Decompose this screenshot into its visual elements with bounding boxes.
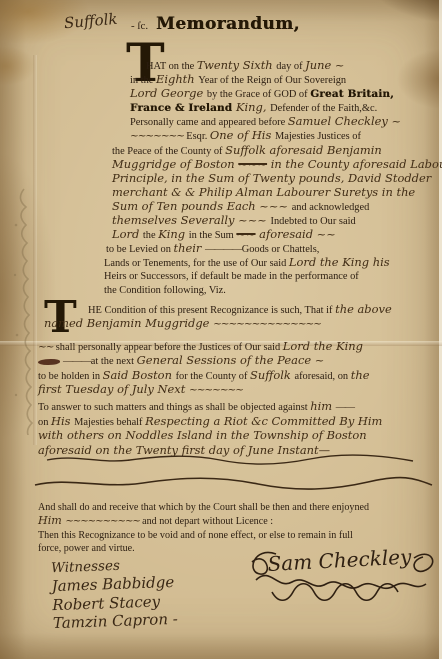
text-segment: Lord George (130, 86, 207, 100)
text-segment: the (351, 368, 370, 382)
text-segment: by the Grace of GOD of (207, 89, 310, 100)
doc-line: ~~~~~~~ Esqr. One of His Majesties Justi… (130, 129, 440, 143)
text-segment: Sum of Ten pounds Each ~~~ (112, 199, 292, 213)
text-segment: Principle, in the Sum of Twenty pounds, … (112, 171, 431, 185)
doc-line: with others on Noddles Island in the Tow… (38, 429, 438, 443)
doc-line: on His Majesties behalf Respecting a Rio… (38, 415, 438, 429)
memorandum-title: Memorandum, (156, 14, 300, 34)
text-segment: first Tuesday of July Next (38, 382, 189, 396)
text-segment: General Sessions of the Peace ~ (137, 353, 325, 367)
text-segment: Majesties Justices of (275, 131, 361, 142)
text-segment: their (174, 241, 206, 255)
text-segment: ~~~~~~~~~~ (65, 516, 142, 527)
text-segment: One of His (210, 128, 275, 142)
doc-line: Then this Recognizance to be void and of… (38, 529, 440, 542)
doc-line: And shall do and receive that which by t… (38, 501, 440, 514)
text-segment: to be holden in (38, 371, 103, 382)
text-segment: Muggridge of Boston (112, 157, 238, 171)
doc-line: ——— at the next General Sessions of the … (38, 354, 438, 368)
text-segment: June ~ (305, 58, 344, 72)
text-segment: Respecting a Riot &c Committed By Him (145, 414, 382, 428)
text-segment: in the County aforesaid Labourer (267, 157, 442, 171)
doc-line: first Tuesday of July Next ~~~~~~~ (38, 383, 438, 397)
text-segment: the above (335, 302, 392, 316)
text-segment: Lord the King (283, 339, 363, 353)
text-segment: King (158, 227, 189, 241)
doc-line: Heirs or Successors, if default be made … (104, 270, 440, 283)
doc-line: Personally came and appeared before Samu… (130, 115, 440, 129)
condition-paragraph: HE Condition of this present Recognizanc… (38, 303, 438, 458)
doc-line: named Benjamin Muggridge ~~~~~~~~~~~~~~ (44, 317, 438, 331)
text-segment: ———— (205, 244, 242, 255)
text-segment: and acknowledged (292, 202, 370, 213)
text-segment: His (51, 414, 74, 428)
text-segment: Lands or Tenements, for the use of Our s… (104, 258, 289, 269)
doc-line: in the Eighth Year of the Reign of Our S… (130, 73, 440, 87)
doc-line: France & Ireland King, Defender of the F… (130, 101, 440, 115)
text-segment: France & Ireland (130, 102, 236, 114)
text-segment: Lord (112, 227, 143, 241)
doc-line: Muggridge of Boston ~~~ in the County af… (112, 158, 440, 172)
text-segment: Suffolk aforesaid Benjamin (225, 143, 382, 157)
text-segment: day of (276, 61, 305, 72)
text-segment: him (310, 399, 336, 413)
text-segment: Year of the Reign of Our Sovereign (198, 75, 346, 86)
doc-line: merchant & & Philip Alman Labourer Suret… (112, 186, 440, 200)
faint-marginalia (6, 185, 40, 435)
text-segment: Then this Recognizance to be void and of… (38, 530, 353, 541)
text-segment: Heirs or Successors, if default be made … (104, 271, 359, 282)
scilicet-abbrev: - ſc. (131, 20, 148, 32)
text-segment: named Benjamin Muggridge (44, 316, 213, 330)
doc-line: ~~ shall personally appear before the Ju… (38, 340, 438, 354)
text-segment: Twenty Sixth (197, 58, 276, 72)
text-segment: HE Condition of this present Recognizanc… (88, 305, 335, 316)
text-segment: and not depart without Licence : (142, 516, 273, 527)
text-segment: ~~~~~~~ (189, 384, 243, 396)
text-segment: on (38, 417, 51, 428)
doc-line: Sum of Ten pounds Each ~~~ and acknowled… (112, 200, 440, 214)
text-segment: Personally came and appeared before (130, 117, 288, 128)
text-segment: And shall do and receive that which by t… (38, 502, 369, 513)
text-segment: for the County of (176, 371, 250, 382)
text-segment: Defender of the Faith,&c. (270, 103, 377, 114)
text-segment: the Peace of the County of (112, 146, 225, 157)
ink-blot (38, 359, 60, 365)
signature-sam-checkley: Sam Checkley (246, 542, 442, 608)
text-segment: the Condition following, Viz. (104, 285, 226, 296)
text-segment: themselves Severally ~~~ (112, 213, 271, 227)
text-segment: aforesaid ~~ (256, 227, 336, 241)
doc-line: the Peace of the County of Suffolk afore… (112, 144, 440, 158)
doc-line: HAT on the Twenty Sixth day of June ~ (146, 59, 440, 73)
text-segment: ~~ (38, 341, 56, 353)
text-segment: HAT on the (146, 61, 197, 72)
wavy-ink-rule-2 (33, 474, 435, 492)
text-segment: in the Sum (189, 230, 237, 241)
text-segment: Said Boston (103, 368, 176, 382)
text-segment: at the next (91, 356, 137, 367)
text-segment: ~~~~~~~ (130, 130, 186, 142)
document-page: Suffolk - ſc. Memorandum, T HAT on the T… (0, 0, 442, 659)
doc-line: Principle, in the Sum of Twenty pounds, … (112, 172, 440, 186)
text-segment: ~~~~~~~~~~~~~~ (213, 318, 321, 330)
doc-line: Lord the King in the Sum ~~ aforesaid ~~ (112, 228, 440, 242)
text-segment: King, (236, 100, 270, 114)
text-segment: To answer to such matters and things as … (38, 402, 310, 413)
text-segment: Great Britain, (310, 88, 394, 100)
text-segment: Esqr. (186, 131, 210, 142)
county-handwritten: Suffolk (63, 10, 118, 33)
text-segment: Him (38, 514, 65, 527)
text-segment: Majesties behalf (74, 417, 145, 428)
text-segment: shall personally appear before the Justi… (56, 342, 283, 353)
text-segment: to be Levied on (106, 244, 174, 255)
witness-name-3: Tamzin Capron - (53, 610, 178, 633)
text-segment: aforesaid, on (294, 371, 350, 382)
text-segment: the (143, 230, 158, 241)
wavy-ink-rule-1 (45, 452, 417, 466)
doc-line: Lands or Tenements, for the use of Our s… (104, 256, 440, 270)
signature-name: Sam Checkley (267, 544, 413, 576)
doc-line: to be holden in Said Boston for the Coun… (38, 369, 438, 383)
text-segment: merchant & & Philip Alman Labourer Suret… (112, 185, 415, 199)
document-header: Suffolk - ſc. Memorandum, (0, 0, 442, 42)
doc-line: To answer to such matters and things as … (38, 400, 438, 414)
text-segment: Lord the King his (289, 255, 390, 269)
text-segment: ~~~ (238, 157, 267, 171)
text-segment: force, power and virtue. (38, 543, 135, 554)
doc-line: themselves Severally ~~~ Indebted to Our… (112, 214, 440, 228)
text-segment: Indebted to Our said (271, 216, 356, 227)
recognizance-paragraph: HAT on the Twenty Sixth day of June ~in … (104, 59, 440, 297)
witness-block: Witnesses James Babbidge Robert Stacey T… (51, 556, 178, 633)
text-segment: Samuel Checkley ~ (288, 114, 401, 128)
text-segment: in the (130, 75, 156, 86)
text-segment: Goods or Chattels, (242, 244, 320, 255)
doc-line: Lord George by the Grace of GOD of Great… (130, 87, 440, 101)
text-segment: Suffolk (250, 368, 294, 382)
doc-line: HE Condition of this present Recognizanc… (88, 303, 438, 317)
doc-line: Him ~~~~~~~~~~ and not depart without Li… (38, 514, 440, 528)
text-segment: with others on Noddles Island in the Tow… (38, 428, 367, 442)
text-segment: ~~ (236, 227, 255, 241)
text-segment: —— (336, 402, 354, 413)
doc-line: the Condition following, Viz. (104, 284, 440, 297)
text-segment: ——— (63, 356, 91, 367)
doc-line: to be Levied on their ———— Goods or Chat… (106, 242, 440, 256)
text-segment: Eighth (156, 72, 198, 86)
